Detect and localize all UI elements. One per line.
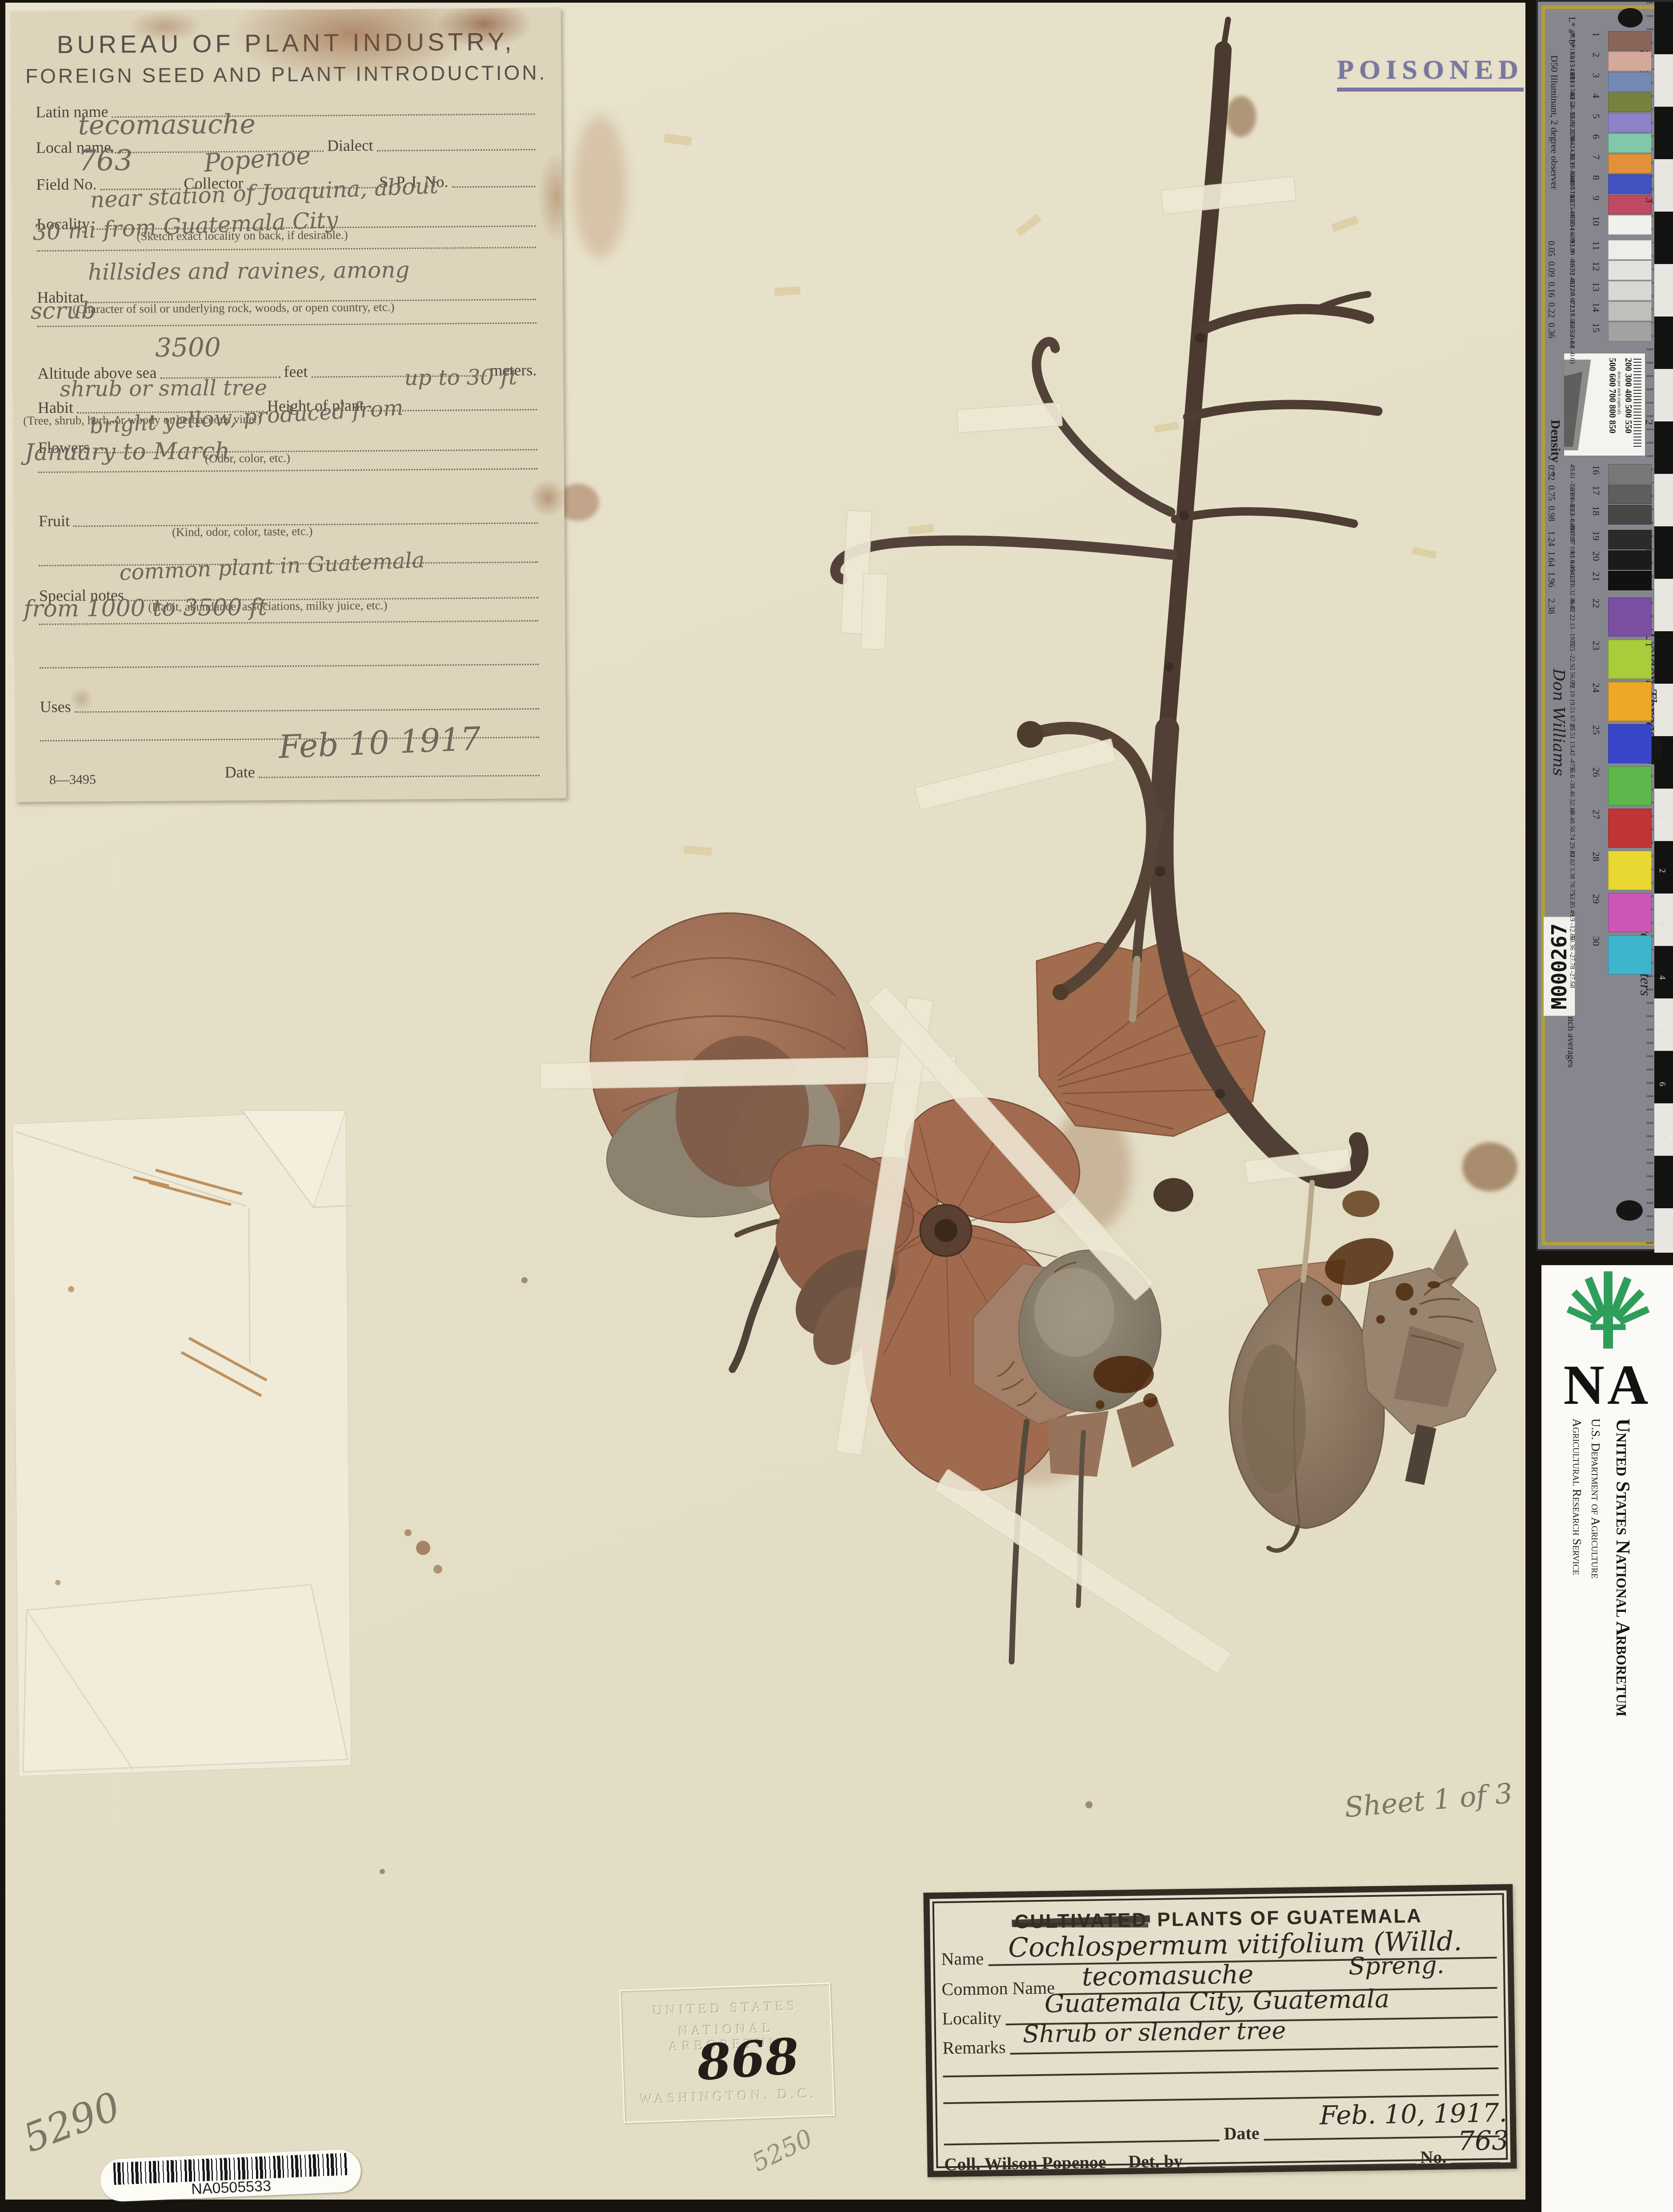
hw-g-number: 763 bbox=[1457, 2125, 1509, 2157]
patch-swatch-28 bbox=[1608, 851, 1652, 890]
cm-mark-4: 4 bbox=[1657, 975, 1667, 980]
locality-line2 bbox=[37, 244, 536, 255]
target-ruler bbox=[1654, 2, 1673, 1253]
cm-mark-7: 7 bbox=[1657, 1135, 1667, 1140]
hw-special-1: common plant in Guatemala bbox=[119, 548, 425, 585]
inch-mark-2: 2 bbox=[1643, 420, 1655, 425]
patch-swatch-8 bbox=[1608, 174, 1652, 194]
poisoned-stamp: POISONED bbox=[1337, 54, 1524, 92]
patch-swatch-16 bbox=[1608, 464, 1652, 484]
patch-number-6: 6 bbox=[1590, 134, 1602, 139]
bpi-title: BUREAU OF PLANT INDUSTRY, bbox=[11, 27, 561, 60]
hw-habitat-2: scrub bbox=[30, 297, 96, 325]
patch-swatch-1 bbox=[1608, 31, 1652, 51]
patch-swatch-7 bbox=[1608, 154, 1652, 173]
density-value-0.98: 0.98 bbox=[1546, 506, 1556, 521]
patch-number-24: 24 bbox=[1590, 683, 1602, 693]
patch-number-21: 21 bbox=[1590, 572, 1602, 581]
emboss-line1: UNITED STATES bbox=[621, 1997, 830, 2020]
patch-number-2: 2 bbox=[1590, 52, 1602, 57]
res-right-numbers: 200 300 400 500 550 bbox=[1623, 358, 1633, 433]
herbarium-scan: BUREAU OF PLANT INDUSTRY, FOREIGN SEED A… bbox=[0, 0, 1673, 2212]
density-value-0.05: 0.05 bbox=[1546, 241, 1556, 256]
patch-lab-29: 52.85 49.9 -12.86 bbox=[1568, 893, 1576, 940]
na-monogram: NA bbox=[1541, 1352, 1673, 1418]
patch-lab-28: 82.02 3.38 78.75 bbox=[1568, 851, 1576, 896]
cm-mark-6: 6 bbox=[1657, 1082, 1667, 1086]
hw-altitude: 3500 bbox=[155, 332, 221, 363]
patch-number-25: 25 bbox=[1590, 725, 1602, 735]
patch-swatch-22 bbox=[1608, 597, 1652, 637]
signature: Don Williams bbox=[1549, 669, 1568, 776]
struck-cultivated: CULTIVATED bbox=[1014, 1909, 1148, 1933]
accession-number: 868 bbox=[695, 2027, 801, 2092]
patch-number-3: 3 bbox=[1590, 73, 1602, 78]
density-value-2.38: 2.38 bbox=[1546, 598, 1556, 614]
form-number: 8—3495 bbox=[49, 772, 96, 788]
patch-swatch-10 bbox=[1608, 215, 1652, 235]
patch-swatch-5 bbox=[1608, 113, 1652, 132]
density-value-0.09: 0.09 bbox=[1546, 261, 1556, 277]
uses-row: Uses bbox=[40, 694, 539, 716]
patch-number-13: 13 bbox=[1590, 282, 1602, 292]
patch-lab-27: 43.48 50.74 29.13 bbox=[1568, 809, 1576, 857]
habitat-line2 bbox=[37, 319, 536, 330]
patch-swatch-19 bbox=[1608, 530, 1652, 549]
patch-number-7: 7 bbox=[1590, 155, 1602, 160]
patch-swatch-15 bbox=[1608, 322, 1652, 341]
patch-lab-24: 72.19 19.51 67.85 bbox=[1568, 682, 1576, 730]
patch-swatch-27 bbox=[1608, 809, 1652, 848]
patch-swatch-11 bbox=[1608, 240, 1652, 260]
patch-number-12: 12 bbox=[1590, 261, 1602, 271]
patch-swatch-13 bbox=[1608, 281, 1652, 301]
patch-lab-25: 27.51 13.42 -47.6 bbox=[1568, 724, 1576, 771]
patch-number-29: 29 bbox=[1590, 894, 1602, 904]
hw-height: up to 30 ft bbox=[404, 365, 517, 390]
patch-lab-15: 62.32 -1.1 -0.01 bbox=[1568, 322, 1576, 365]
logo-line1: United States National Arboretum bbox=[1612, 1419, 1634, 1717]
density-value-0.52: 0.52 bbox=[1546, 465, 1556, 481]
patch-swatch-30 bbox=[1608, 935, 1652, 974]
guatemala-label: CULTIVATED PLANTS OF GUATEMALA Name Comm… bbox=[923, 1884, 1517, 2177]
patch-swatch-6 bbox=[1608, 133, 1652, 153]
res-caption: dots per inch (optical) bbox=[1617, 371, 1622, 414]
target-dot-top bbox=[1618, 8, 1643, 28]
patch-number-9: 9 bbox=[1590, 196, 1602, 200]
cm-mark-2: 2 bbox=[1657, 869, 1667, 873]
patch-number-10: 10 bbox=[1590, 216, 1602, 226]
hw-flowers-2: January to March bbox=[25, 438, 230, 466]
patch-number-15: 15 bbox=[1590, 323, 1602, 333]
arboretum-logo-strip: NA United States National Arboretum U.S.… bbox=[1541, 1265, 1673, 2212]
patch-number-4: 4 bbox=[1590, 93, 1602, 98]
patch-swatch-14 bbox=[1608, 301, 1652, 321]
resolution-target: 500 600 700 800 850 200 300 400 500 550 … bbox=[1564, 353, 1645, 456]
patch-lab-26: 55.6 -38.46 32.19 bbox=[1568, 766, 1576, 813]
density-value-0.16: 0.16 bbox=[1546, 282, 1556, 297]
patch-swatch-21 bbox=[1608, 571, 1652, 590]
patch-lab-30: 50.36 -27.78 -27.68 bbox=[1568, 935, 1576, 988]
logo-line2: U.S. Department of Agriculture bbox=[1589, 1419, 1602, 1579]
hw-g-remarks: Shrub or slender tree bbox=[1023, 2016, 1286, 2048]
patch-swatch-12 bbox=[1608, 260, 1652, 280]
patch-swatch-17 bbox=[1608, 485, 1652, 504]
patch-swatch-24 bbox=[1608, 682, 1652, 721]
patch-number-8: 8 bbox=[1590, 175, 1602, 180]
hw-date: Feb 10 1917 bbox=[278, 720, 481, 765]
patch-swatch-25 bbox=[1608, 724, 1652, 763]
inch-mark-3: 3 bbox=[1643, 197, 1655, 203]
calibration-target: inches centimeters Density → D50 Illumin… bbox=[1536, 0, 1673, 1251]
patch-swatch-2 bbox=[1608, 52, 1652, 71]
habitat-hint: (Character of soil or underlying rock, w… bbox=[72, 300, 394, 316]
hw-habit: shrub or small tree bbox=[60, 375, 268, 401]
hw-author: Spreng. bbox=[1348, 1951, 1445, 1980]
bpi-subtitle: FOREIGN SEED AND PLANT INTRODUCTION. bbox=[11, 60, 561, 88]
patch-swatch-18 bbox=[1608, 505, 1652, 525]
patch-number-11: 11 bbox=[1590, 241, 1602, 250]
patch-swatch-29 bbox=[1608, 893, 1652, 932]
bpi-field-label: BUREAU OF PLANT INDUSTRY, FOREIGN SEED A… bbox=[11, 8, 566, 802]
inch-mark-1: 1 bbox=[1643, 642, 1655, 647]
density-value-0.75: 0.75 bbox=[1546, 485, 1556, 501]
patch-number-1: 1 bbox=[1590, 32, 1602, 37]
blank-line bbox=[40, 661, 539, 672]
patch-number-26: 26 bbox=[1590, 767, 1602, 777]
patch-number-22: 22 bbox=[1590, 598, 1602, 608]
patch-number-17: 17 bbox=[1590, 485, 1602, 495]
patch-number-23: 23 bbox=[1590, 641, 1602, 650]
patch-number-16: 16 bbox=[1590, 465, 1602, 475]
hw-g-locality: Guatemala City, Guatemala bbox=[1045, 1984, 1390, 2019]
patch-number-5: 5 bbox=[1590, 114, 1602, 119]
target-dot-bottom bbox=[1616, 1200, 1643, 1221]
patch-swatch-3 bbox=[1608, 72, 1652, 92]
patch-number-20: 20 bbox=[1590, 551, 1602, 561]
patch-number-14: 14 bbox=[1590, 302, 1602, 312]
flowers-line2 bbox=[38, 465, 537, 476]
arboretum-tree-icon bbox=[1559, 1269, 1657, 1353]
hw-local-name: tecomasuche bbox=[78, 109, 256, 141]
patch-number-30: 30 bbox=[1590, 936, 1602, 946]
patch-number-28: 28 bbox=[1590, 852, 1602, 862]
hw-habitat-1: hillsides and ravines, among bbox=[88, 257, 410, 285]
density-value-1.64: 1.64 bbox=[1546, 551, 1556, 567]
patch-number-19: 19 bbox=[1590, 531, 1602, 541]
cm-mark-5: 5 bbox=[1657, 1029, 1667, 1033]
illuminant-note: D50 Illuminant, 2 degree observer bbox=[1549, 55, 1560, 189]
cm-mark-1: 1 bbox=[1657, 815, 1667, 820]
patch-number-27: 27 bbox=[1590, 809, 1602, 819]
density-value-0.22: 0.22 bbox=[1546, 302, 1556, 318]
res-left-numbers: 500 600 700 800 850 bbox=[1607, 358, 1617, 433]
date-row: Date bbox=[225, 761, 540, 781]
hw-field-no: 763 bbox=[78, 144, 133, 177]
density-value-0.36: 0.36 bbox=[1546, 323, 1556, 338]
patch-swatch-20 bbox=[1608, 550, 1652, 570]
density-value-1.24: 1.24 bbox=[1546, 531, 1556, 546]
patch-number-18: 18 bbox=[1590, 506, 1602, 516]
patch-lab-23: 77.5 -22.92 56.09 bbox=[1568, 640, 1576, 687]
logo-line3: Agricultural Research Service bbox=[1570, 1419, 1584, 1575]
patch-swatch-26 bbox=[1608, 766, 1652, 805]
patch-swatch-4 bbox=[1608, 92, 1652, 112]
hw-special-2: from 1000 to 3500 ft bbox=[24, 594, 267, 622]
cm-mark-3: 3 bbox=[1657, 922, 1667, 926]
density-value-1.96: 1.96 bbox=[1546, 572, 1556, 587]
fruit-hint: (Kind, odor, color, taste, etc.) bbox=[172, 525, 313, 539]
